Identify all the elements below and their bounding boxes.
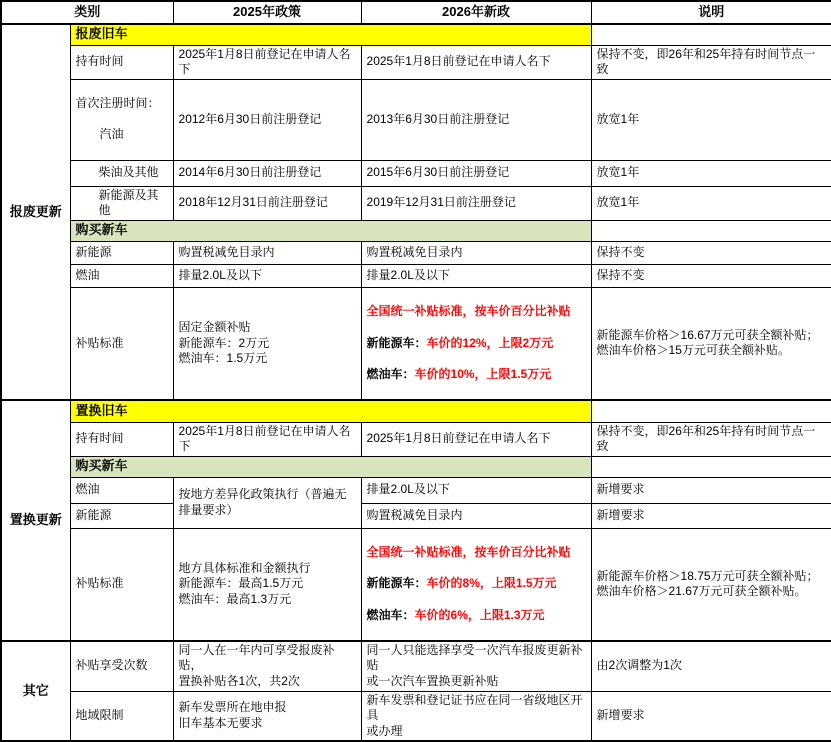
replace-fuel-label: 燃油 bbox=[70, 477, 173, 503]
scrap-firstreg-2025: 2012年6月30日前注册登记 bbox=[173, 79, 361, 160]
scrap-subsidy-2026: 全国统一补贴标准，按车价百分比补贴 新能源车：车价的12%，上限2万元 燃油车：… bbox=[361, 287, 591, 400]
replace-hold-2026: 2025年1月8日前登记在申请人名下 bbox=[361, 422, 591, 456]
other-region-2026: 新车发票和登记证书应在同一省级地区开具 或办理 bbox=[361, 691, 591, 741]
band-scrap-buy-new-car: 购买新车 bbox=[70, 220, 591, 241]
scrap-fuel-2025: 排量2.0L及以下 bbox=[173, 264, 361, 287]
replace-subsidy-2026-nev-label: 新能源车： bbox=[367, 576, 427, 590]
scrap-hold-label: 持有时间 bbox=[70, 45, 173, 79]
policy-comparison-table-page: 类别 2025年政策 2026年新政 说明 报废更新 报废旧车 持有时间 202… bbox=[0, 0, 831, 521]
scrap-subsidy-note: 新能源车价格＞16.67万元可获全额补贴； 燃油车价格＞15万元可获全额补贴。 bbox=[591, 287, 831, 400]
scrap-fuel-note: 保持不变 bbox=[591, 264, 831, 287]
scrap-nev-note: 保持不变 bbox=[591, 241, 831, 264]
scrap-hold-2026: 2025年1月8日前登记在申请人名下 bbox=[361, 45, 591, 79]
scrap-subsidy-2026-nev-line: 新能源车：车价的12%，上限2万元 bbox=[367, 336, 586, 352]
replace-subsidy-label: 补贴标准 bbox=[70, 528, 173, 641]
header-policy-2026: 2026年新政 bbox=[361, 1, 591, 24]
replace-subsidy-2026-nev-value: 车价的8%，上限1.5万元 bbox=[427, 576, 557, 590]
group-label-replace-renewal: 置换更新 bbox=[1, 400, 70, 641]
scrap-firstreg-row: 首次注册时间： 汽油 2012年6月30日前注册登记 2013年6月30日前注册… bbox=[1, 79, 831, 160]
scrap-subsidy-2026-nev-label: 新能源车： bbox=[367, 336, 427, 350]
other-region-2025: 新车发票所在地申报 旧车基本无要求 bbox=[173, 691, 361, 741]
scrap-diesel-note: 放宽1年 bbox=[591, 160, 831, 186]
header-category: 类别 bbox=[1, 1, 173, 24]
band-replace-buy-new-car: 购买新车 bbox=[70, 456, 591, 477]
scrap-firstreg-label-line1: 首次注册时间： bbox=[76, 96, 168, 112]
band-scrap-old-car: 报废旧车 bbox=[70, 24, 591, 45]
replace-fuel-row: 燃油 按地方差异化政策执行（普遍无排量要求） 排量2.0L及以下 新增要求 bbox=[1, 477, 831, 503]
scrap-nev-row: 新能源 购置税减免目录内 购置税减免目录内 保持不变 bbox=[1, 241, 831, 264]
scrap-firstreg-2026: 2013年6月30日前注册登记 bbox=[361, 79, 591, 160]
scrap-nev-2026: 购置税减免目录内 bbox=[361, 241, 591, 264]
replace-fuel-2026: 排量2.0L及以下 bbox=[361, 477, 591, 503]
scrap-nevother-note: 放宽1年 bbox=[591, 186, 831, 220]
scrap-subsidy-2026-fuel-label: 燃油车： bbox=[367, 367, 415, 381]
replace-subsidy-2026-fuel-line: 燃油车：车价的6%，上限1.3万元 bbox=[367, 608, 586, 624]
scrap-diesel-2025: 2014年6月30日前注册登记 bbox=[173, 160, 361, 186]
scrap-nevother-row: 新能源及其他 2018年12月31日前注册登记 2019年12月31日前注册登记… bbox=[1, 186, 831, 220]
scrap-firstreg-note: 放宽1年 bbox=[591, 79, 831, 160]
other-count-note: 由2次调整为1次 bbox=[591, 641, 831, 691]
scrap-subsidy-label: 补贴标准 bbox=[70, 287, 173, 400]
policy-comparison-table: 类别 2025年政策 2026年新政 说明 报废更新 报废旧车 持有时间 202… bbox=[0, 0, 831, 742]
scrap-diesel-label: 柴油及其他 bbox=[70, 160, 173, 186]
scrap-subsidy-2026-nev-value: 车价的12%，上限2万元 bbox=[427, 336, 554, 350]
scrap-hold-2025: 2025年1月8日前登记在申请人名下 bbox=[173, 45, 361, 79]
scrap-old-band-row: 报废更新 报废旧车 bbox=[1, 24, 831, 45]
replace-fuel-note: 新增要求 bbox=[591, 477, 831, 503]
scrap-diesel-2026: 2015年6月30日前注册登记 bbox=[361, 160, 591, 186]
scrap-nevother-2026: 2019年12月31日前注册登记 bbox=[361, 186, 591, 220]
replace-subsidy-2026-fuel-value: 车价的6%，上限1.3万元 bbox=[415, 608, 545, 622]
replace-subsidy-2026-headline: 全国统一补贴标准，按车价百分比补贴 bbox=[367, 545, 586, 561]
scrap-nev-2025: 购置税减免目录内 bbox=[173, 241, 361, 264]
scrap-subsidy-2026-headline: 全国统一补贴标准，按车价百分比补贴 bbox=[367, 304, 586, 320]
group-label-scrap-renewal: 报废更新 bbox=[1, 24, 70, 400]
replace-subsidy-row: 补贴标准 地方具体标准和金额执行 新能源车：最高1.5万元 燃油车：最高1.3万… bbox=[1, 528, 831, 641]
replace-hold-note: 保持不变，即26年和25年持有时间节点一致 bbox=[591, 422, 831, 456]
scrap-nev-label: 新能源 bbox=[70, 241, 173, 264]
other-count-row: 其它 补贴享受次数 同一人在一年内可享受报废补贴， 置换补贴各1次，共2次 同一… bbox=[1, 641, 831, 691]
scrap-fuel-row: 燃油 排量2.0L及以下 排量2.0L及以下 保持不变 bbox=[1, 264, 831, 287]
scrap-nevother-2025: 2018年12月31日前注册登记 bbox=[173, 186, 361, 220]
scrap-subsidy-2026-fuel-value: 车价的10%，上限1.5万元 bbox=[415, 367, 552, 381]
other-region-row: 地域限制 新车发票所在地申报 旧车基本无要求 新车发票和登记证书应在同一省级地区… bbox=[1, 691, 831, 741]
other-count-2025: 同一人在一年内可享受报废补贴， 置换补贴各1次，共2次 bbox=[173, 641, 361, 691]
scrap-subsidy-2026-fuel-line: 燃油车：车价的10%，上限1.5万元 bbox=[367, 367, 586, 383]
other-region-label: 地域限制 bbox=[70, 691, 173, 741]
replace-nev-row: 新能源 购置税减免目录内 新增要求 bbox=[1, 503, 831, 528]
replace-new-band-row: 购买新车 bbox=[1, 456, 831, 477]
replace-nev-label: 新能源 bbox=[70, 503, 173, 528]
replace-nev-note: 新增要求 bbox=[591, 503, 831, 528]
other-count-label: 补贴享受次数 bbox=[70, 641, 173, 691]
replace-hold-row: 持有时间 2025年1月8日前登记在申请人名下 2025年1月8日前登记在申请人… bbox=[1, 422, 831, 456]
replace-subsidy-note: 新能源车价格＞18.75万元可获全额补贴； 燃油车价格＞21.67万元可获全额补… bbox=[591, 528, 831, 641]
other-region-note: 新增要求 bbox=[591, 691, 831, 741]
scrap-fuel-2026: 排量2.0L及以下 bbox=[361, 264, 591, 287]
replace-old-band-row: 置换更新 置换旧车 bbox=[1, 400, 831, 422]
scrap-hold-note: 保持不变，即26年和25年持有时间节点一致 bbox=[591, 45, 831, 79]
scrap-new-band-row: 购买新车 bbox=[1, 220, 831, 241]
replace-subsidy-2025: 地方具体标准和金额执行 新能源车：最高1.5万元 燃油车：最高1.3万元 bbox=[173, 528, 361, 641]
band-replace-new-note-empty bbox=[591, 456, 831, 477]
band-replace-old-note-empty bbox=[591, 400, 831, 422]
replace-nev-2026: 购置税减免目录内 bbox=[361, 503, 591, 528]
header-policy-2025: 2025年政策 bbox=[173, 1, 361, 24]
replace-hold-label: 持有时间 bbox=[70, 422, 173, 456]
scrap-fuel-label: 燃油 bbox=[70, 264, 173, 287]
scrap-subsidy-2025: 固定金额补贴 新能源车：2万元 燃油车：1.5万元 bbox=[173, 287, 361, 400]
scrap-nevother-label: 新能源及其他 bbox=[70, 186, 173, 220]
band-scrap-old-note-empty bbox=[591, 24, 831, 45]
header-row: 类别 2025年政策 2026年新政 说明 bbox=[1, 1, 831, 24]
replace-subsidy-2026: 全国统一补贴标准，按车价百分比补贴 新能源车：车价的8%，上限1.5万元 燃油车… bbox=[361, 528, 591, 641]
replace-2025-merged-policy: 按地方差异化政策执行（普遍无排量要求） bbox=[173, 477, 361, 528]
replace-subsidy-2026-nev-line: 新能源车：车价的8%，上限1.5万元 bbox=[367, 576, 586, 592]
scrap-subsidy-row: 补贴标准 固定金额补贴 新能源车：2万元 燃油车：1.5万元 全国统一补贴标准，… bbox=[1, 287, 831, 400]
header-note: 说明 bbox=[591, 1, 831, 24]
replace-hold-2025: 2025年1月8日前登记在申请人名下 bbox=[173, 422, 361, 456]
scrap-hold-row: 持有时间 2025年1月8日前登记在申请人名下 2025年1月8日前登记在申请人… bbox=[1, 45, 831, 79]
scrap-firstreg-label-line2: 汽油 bbox=[76, 127, 168, 143]
replace-subsidy-2026-fuel-label: 燃油车： bbox=[367, 608, 415, 622]
other-count-2026: 同一人只能选择享受一次汽车报废更新补贴 或一次汽车置换更新补贴 bbox=[361, 641, 591, 691]
band-replace-old-car: 置换旧车 bbox=[70, 400, 591, 422]
scrap-diesel-row: 柴油及其他 2014年6月30日前注册登记 2015年6月30日前注册登记 放宽… bbox=[1, 160, 831, 186]
band-scrap-new-note-empty bbox=[591, 220, 831, 241]
scrap-firstreg-label: 首次注册时间： 汽油 bbox=[70, 79, 173, 160]
group-label-other: 其它 bbox=[1, 641, 70, 742]
